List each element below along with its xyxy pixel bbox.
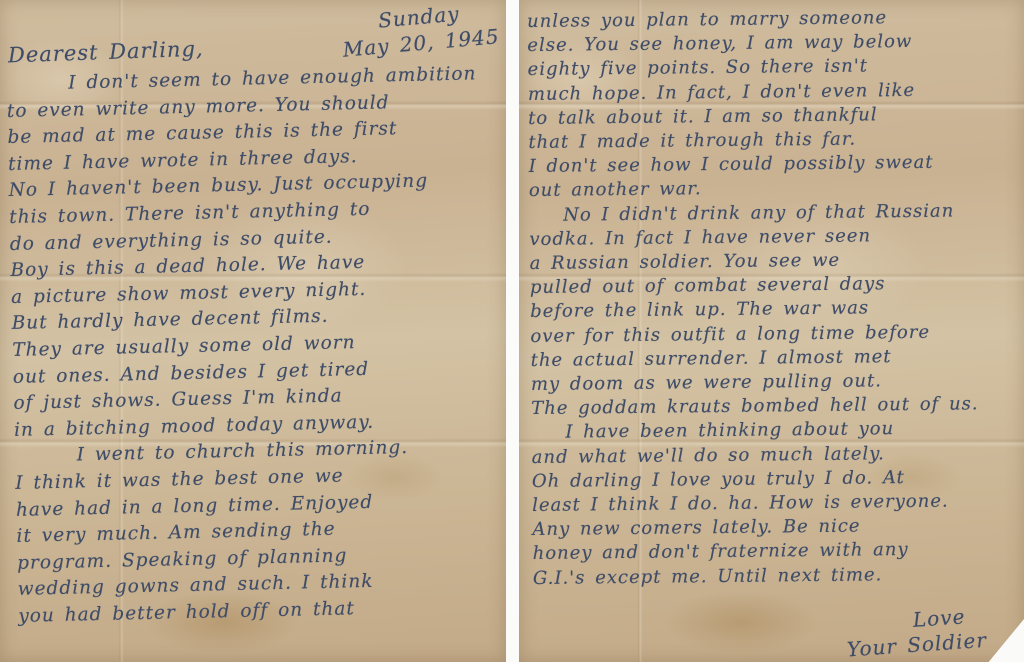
- letter-body-left: I don't seem to have enough ambitionto e…: [6, 61, 506, 631]
- signature-block: Love Your Soldier: [892, 603, 987, 659]
- letter-line: G.I.'s except me. Until next time.: [533, 561, 1024, 590]
- letter-page-left: Sunday May 20, 1945 Dearest Darling, I d…: [0, 0, 506, 662]
- page-gap: [506, 0, 519, 662]
- date-block: Sunday May 20, 1945: [333, 0, 506, 63]
- letter-line: No I didn't drink any of that Russian: [529, 198, 1024, 227]
- letter-page-right: unless you plan to marry someoneelse. Yo…: [519, 0, 1024, 662]
- salutation: Dearest Darling,: [8, 37, 204, 68]
- letter-scan: Sunday May 20, 1945 Dearest Darling, I d…: [0, 0, 1024, 662]
- signature-name: Your Soldier: [846, 628, 987, 662]
- letter-body-right: unless you plan to marry someoneelse. Yo…: [527, 5, 1024, 591]
